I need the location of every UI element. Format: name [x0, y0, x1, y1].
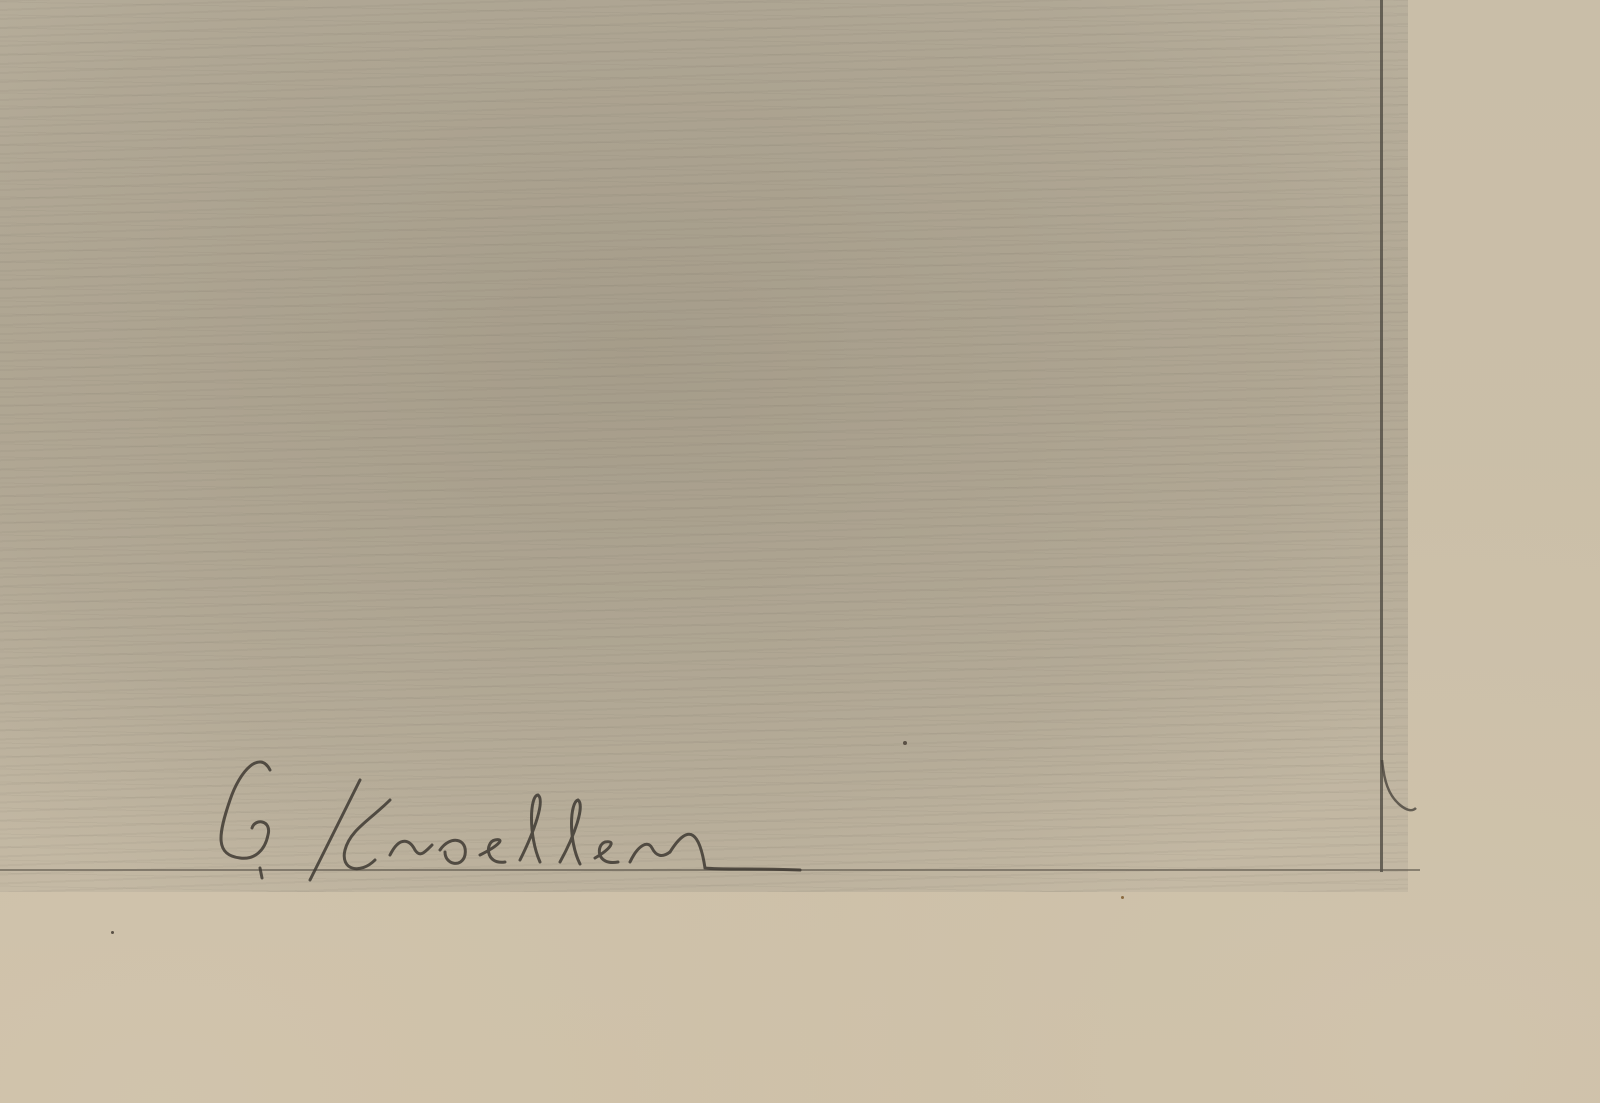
paper-speck [903, 741, 907, 745]
paper-speck [111, 931, 114, 934]
border-flourish [1370, 760, 1430, 840]
paper-speck [1121, 896, 1124, 899]
drawing-border-right [1380, 0, 1383, 872]
artist-signature: C. Kroeller [200, 740, 1120, 890]
